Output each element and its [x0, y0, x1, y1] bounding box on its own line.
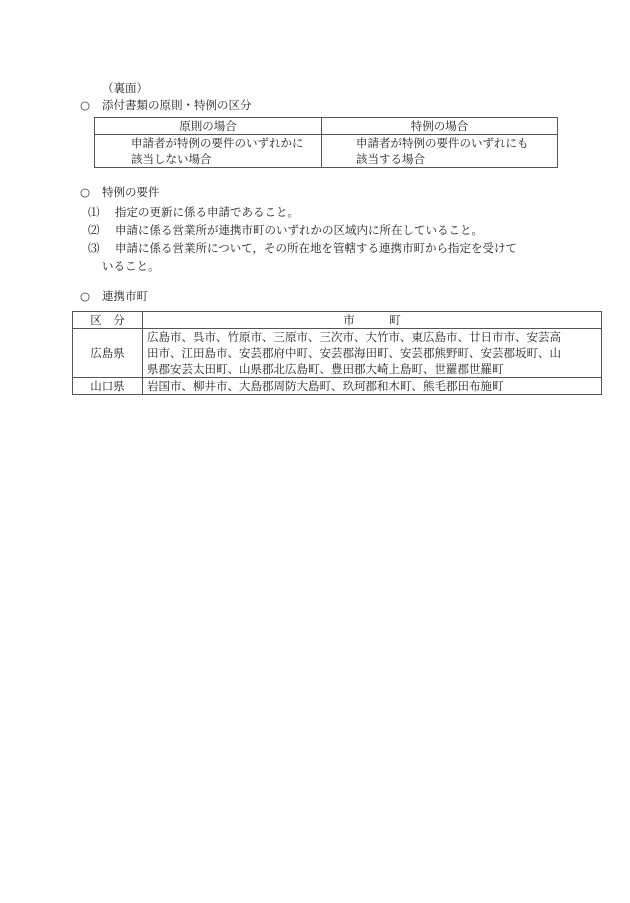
cell-line: 岩国市、柳井市、大島郡周防大島町、玖珂郡和木町、熊毛郡田布施町 [147, 378, 601, 394]
municipalities-yamaguchi: 岩国市、柳井市、大島郡周防大島町、玖珂郡和木町、熊毛郡田布施町 [143, 378, 602, 395]
section-title-partner-municipalities: 連携市町 [102, 288, 148, 304]
requirement-text: 申請に係る営業所が連携市町のいずれかの区域内に所在していること。 [115, 222, 483, 238]
prefecture-hiroshima: 広島県 [73, 329, 143, 378]
requirement-text-continued: いること。 [102, 258, 160, 274]
section-title-attachment-classification: 添付書類の原則・特例の区分 [102, 97, 252, 113]
table-row: 広島県 広島市、呉市、竹原市、三原市、三次市、大竹市、東広島市、廿日市市、安芸高… [73, 329, 602, 378]
header-municipalities: 市 町 [143, 312, 602, 329]
requirement-number: ⑴ [88, 204, 100, 220]
header-exception: 特例の場合 [322, 118, 558, 135]
prefecture-yamaguchi: 山口県 [73, 378, 143, 395]
cell-line: 県郡安芸太田町、山県郡北広島町、豊田郡大崎上島町、世羅郡世羅町 [147, 361, 601, 377]
cell-principle: 申請者が特例の要件のいずれかに 該当しない場合 [95, 135, 322, 168]
cell-line: 申請者が特例の要件のいずれかに [97, 135, 321, 151]
header-principle: 原則の場合 [95, 118, 322, 135]
cell-line: 該当しない場合 [97, 151, 321, 167]
requirement-number: ⑶ [88, 240, 100, 256]
cell-exception: 申請者が特例の要件のいずれにも 該当する場合 [322, 135, 558, 168]
cell-line: 広島市、呉市、竹原市、三原市、三次市、大竹市、東広島市、廿日市市、安芸高 [147, 329, 601, 345]
back-side-label: （裏面） [102, 80, 148, 96]
municipalities-hiroshima: 広島市、呉市、竹原市、三原市、三次市、大竹市、東広島市、廿日市市、安芸高 田市、… [143, 329, 602, 378]
requirement-text: 指定の更新に係る申請であること。 [115, 204, 299, 220]
cell-line: 該当する場合 [322, 151, 557, 167]
partner-municipalities-table: 区 分 市 町 広島県 広島市、呉市、竹原市、三原市、三次市、大竹市、東広島市、… [72, 311, 602, 395]
principle-exception-table: 原則の場合 特例の場合 申請者が特例の要件のいずれかに 該当しない場合 申請者が… [94, 117, 558, 168]
cell-line: 申請者が特例の要件のいずれにも [322, 135, 557, 151]
requirement-text: 申請に係る営業所について，その所在地を管轄する連携市町から指定を受けて [115, 240, 517, 256]
header-category: 区 分 [73, 312, 143, 329]
bullet-icon: ○ [80, 184, 90, 200]
cell-line: 田市、江田島市、安芸郡府中町、安芸郡海田町、安芸郡熊野町、安芸郡坂町、山 [147, 345, 601, 361]
section-title-exception-requirements: 特例の要件 [102, 184, 160, 200]
requirement-number: ⑵ [88, 222, 100, 238]
bullet-icon: ○ [80, 288, 90, 304]
bullet-icon: ○ [80, 97, 90, 113]
table-row: 山口県 岩国市、柳井市、大島郡周防大島町、玖珂郡和木町、熊毛郡田布施町 [73, 378, 602, 395]
